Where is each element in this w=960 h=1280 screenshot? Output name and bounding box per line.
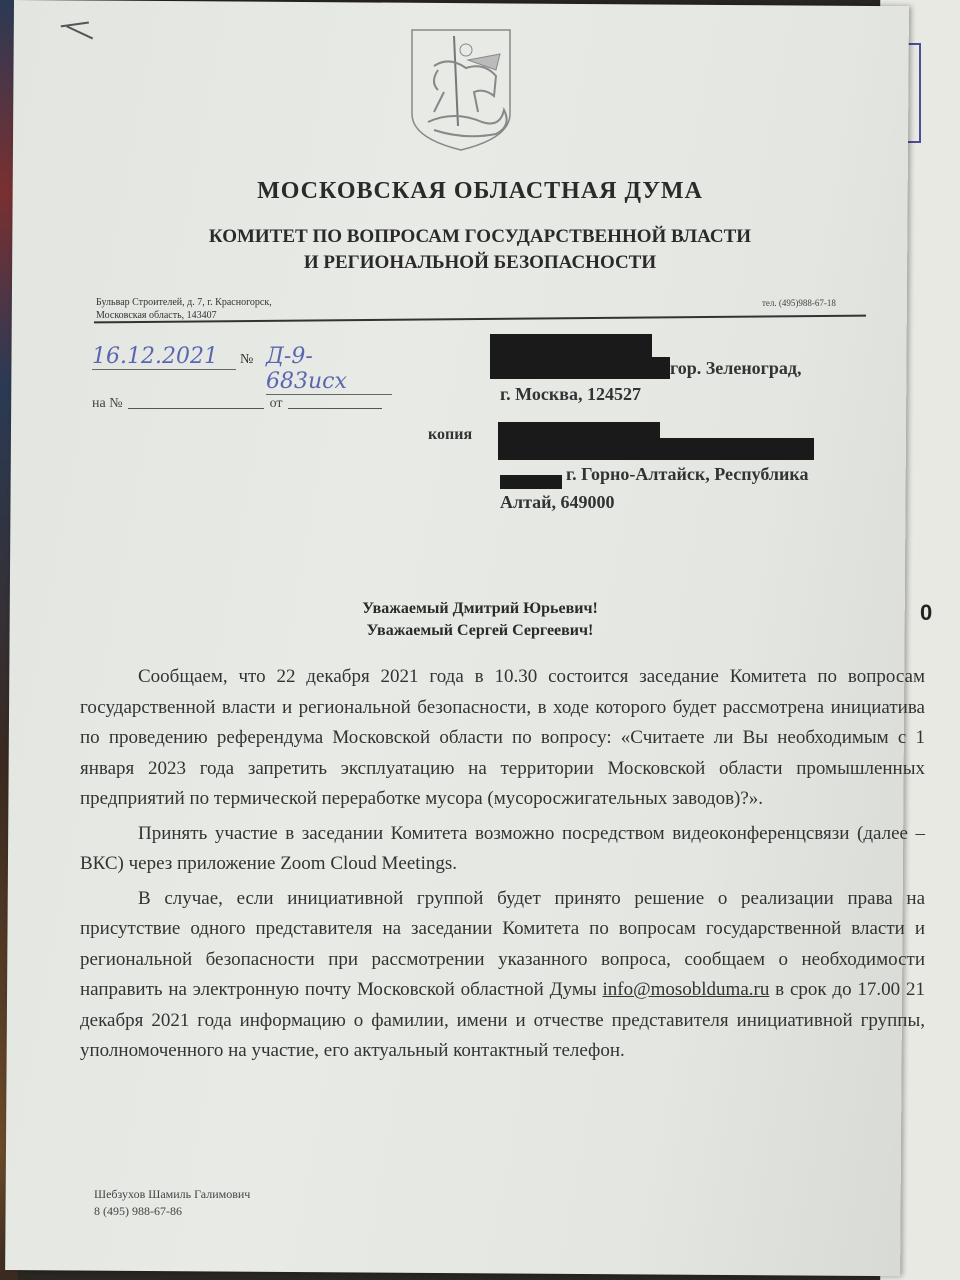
recipient-line-1: гор. Зеленоград, — [500, 355, 801, 381]
signer-name: Шебзухов Шамиль Галимович — [94, 1186, 250, 1203]
reply-to-label: на № — [92, 396, 123, 411]
greeting-line-1: Уважаемый Дмитрий Юрьевич! — [0, 598, 960, 620]
body-paragraph-1: Сообщаем, что 22 декабря 2021 года в 10.… — [80, 662, 925, 815]
registration-number-label: № — [240, 352, 253, 368]
redaction-block — [498, 438, 814, 460]
copy-line-1: г. Горно-Алтайск, Республика — [500, 460, 809, 488]
copy-label: копия — [428, 426, 472, 444]
registration-number: Д-9-683исх — [266, 344, 392, 395]
email-link[interactable]: info@mosobldumа.ru — [602, 979, 769, 1000]
greeting-line-2: Уважаемый Сергей Сергеевич! — [0, 620, 960, 642]
committee-line-2: И РЕГИОНАЛЬНОЙ БЕЗОПАСНОСТИ — [0, 250, 960, 276]
signer-phone: 8 (495) 988-67-86 — [94, 1203, 250, 1220]
copy-line-2: Алтай, 649000 — [500, 488, 809, 516]
reply-date-blank — [288, 408, 382, 409]
reply-from-label: от — [270, 396, 283, 411]
reply-number-blank — [128, 408, 264, 409]
signer-block: Шебзухов Шамиль Галимович 8 (495) 988-67… — [94, 1186, 250, 1220]
registration-date: 16.12.2021 — [92, 344, 236, 370]
committee-line-1: КОМИТЕТ ПО ВОПРОСАМ ГОСУДАРСТВЕННОЙ ВЛАС… — [0, 224, 960, 250]
letterhead-phone: тел. (495)988-67-18 — [762, 298, 836, 308]
recipient-address: гор. Зеленоград, г. Москва, 124527 — [500, 355, 801, 407]
body-paragraph-3: В случае, если инициативной группой буде… — [80, 884, 925, 1067]
letter-body: Сообщаем, что 22 декабря 2021 года в 10.… — [80, 662, 925, 1067]
greeting: Уважаемый Дмитрий Юрьевич! Уважаемый Сер… — [0, 598, 960, 642]
copy-address: г. Горно-Алтайск, Республика Алтай, 6490… — [500, 460, 809, 516]
coat-of-arms-icon — [404, 26, 518, 152]
letterhead-address: Бульвар Строителей, д. 7, г. Красногорск… — [96, 296, 272, 322]
pen-mark-icon — [59, 16, 99, 46]
committee-title: КОМИТЕТ ПО ВОПРОСАМ ГОСУДАРСТВЕННОЙ ВЛАС… — [0, 224, 960, 276]
body-paragraph-2: Принять участие в заседании Комитета воз… — [80, 819, 925, 880]
recipient-line-2: г. Москва, 124527 — [500, 381, 801, 407]
reply-reference: на № от — [92, 396, 384, 412]
org-title: МОСКОВСКАЯ ОБЛАСТНАЯ ДУМА — [0, 178, 960, 205]
address-line-1: Бульвар Строителей, д. 7, г. Красногорск… — [96, 296, 272, 309]
